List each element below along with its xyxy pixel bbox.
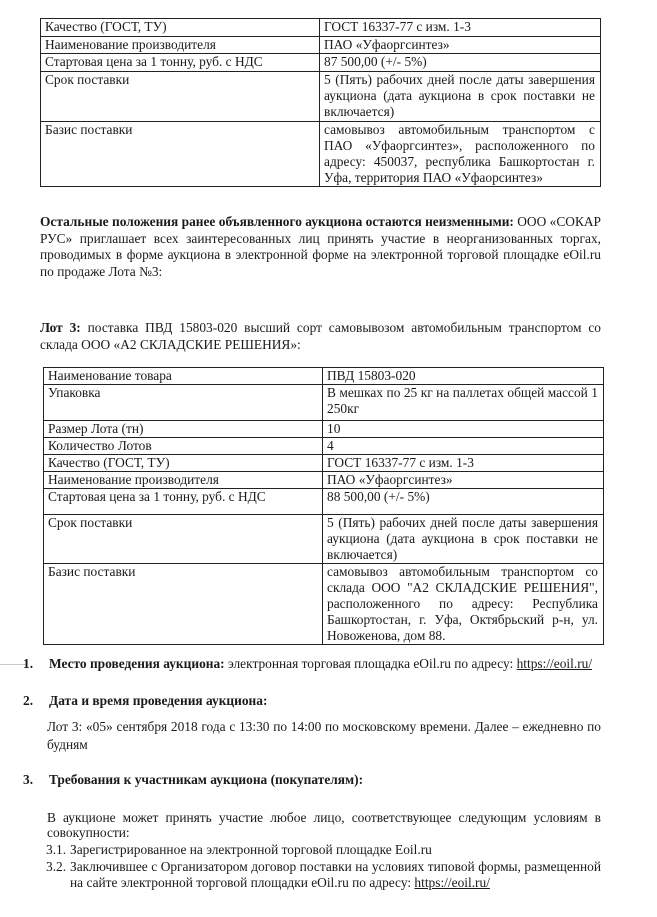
- section-3-heading: 3. Требования к участникам аукциона (пок…: [23, 772, 643, 790]
- table-row: Срок поставки 5 (Пять) рабочих дней посл…: [41, 72, 601, 122]
- row-value: 5 (Пять) рабочих дней после даты заверше…: [323, 515, 604, 564]
- table-row: Базис поставки самовывоз автомобильным т…: [41, 122, 601, 187]
- row-label: Базис поставки: [41, 122, 320, 187]
- row-value: самовывоз автомобильным транспортом со с…: [323, 564, 604, 645]
- intro-paragraph: Остальные положения ранее объявленного а…: [40, 214, 601, 280]
- row-value: ПАО «Уфаоргсинтез»: [320, 37, 601, 54]
- section-2-body: Лот 3: «05» сентября 2018 года с 13:30 п…: [47, 718, 601, 754]
- lot-text: поставка ПВД 15803-020 высший сорт самов…: [40, 320, 601, 352]
- table-row: Срок поставки 5 (Пять) рабочих дней посл…: [44, 515, 604, 564]
- row-label: Количество Лотов: [44, 438, 323, 455]
- row-value: 87 500,00 (+/- 5%): [320, 54, 601, 72]
- section-title: Дата и время проведения аукциона:: [49, 693, 267, 709]
- lot-spec-table-previous: Качество (ГОСТ, ТУ) ГОСТ 16337-77 с изм.…: [40, 18, 601, 187]
- table-row: Упаковка В мешках по 25 кг на паллетах о…: [44, 385, 604, 421]
- table-row: Стартовая цена за 1 тонну, руб. с НДС 87…: [41, 54, 601, 72]
- row-value: 88 500,00 (+/- 5%): [323, 489, 604, 515]
- table-row: Наименование товара ПВД 15803-020: [44, 368, 604, 385]
- row-label: Стартовая цена за 1 тонну, руб. с НДС: [44, 489, 323, 515]
- item-text: Заключившее с Организатором договор пост…: [70, 859, 601, 890]
- section-1: 1. Место проведения аукциона: электронна…: [23, 656, 643, 674]
- document-page: Качество (ГОСТ, ТУ) ГОСТ 16337-77 с изм.…: [0, 0, 657, 917]
- section-number: 2.: [23, 693, 45, 709]
- lot-paragraph: Лот 3: поставка ПВД 15803-020 высший сор…: [40, 320, 601, 353]
- row-value: ГОСТ 16337-77 с изм. 1-3: [323, 455, 604, 472]
- section-title: Место проведения аукциона:: [49, 656, 225, 671]
- table-row: Качество (ГОСТ, ТУ) ГОСТ 16337-77 с изм.…: [41, 19, 601, 37]
- table-row: Наименование производителя ПАО «Уфаоргси…: [44, 472, 604, 489]
- row-value: 10: [323, 421, 604, 438]
- row-label: Срок поставки: [44, 515, 323, 564]
- table-row: Базис поставки самовывоз автомобильным т…: [44, 564, 604, 645]
- intro-bold: Остальные положения ранее объявленного а…: [40, 214, 514, 229]
- lot-3-spec-table: Наименование товара ПВД 15803-020 Упаков…: [43, 367, 604, 645]
- table-row: Размер Лота (тн) 10: [44, 421, 604, 438]
- section-text: электронная торговая площадка eOil.ru по…: [225, 656, 517, 671]
- lot-bold: Лот 3:: [40, 320, 81, 335]
- row-label: Размер Лота (тн): [44, 421, 323, 438]
- section-3-body: В аукционе может принять участие любое л…: [47, 810, 601, 840]
- table-row: Наименование производителя ПАО «Уфаоргси…: [41, 37, 601, 54]
- table-row: Качество (ГОСТ, ТУ) ГОСТ 16337-77 с изм.…: [44, 455, 604, 472]
- row-value: ПАО «Уфаоргсинтез»: [323, 472, 604, 489]
- row-label: Срок поставки: [41, 72, 320, 122]
- row-value: ГОСТ 16337-77 с изм. 1-3: [320, 19, 601, 37]
- requirement-3-1: 3.1. Зарегистрированное на электронной т…: [46, 842, 601, 858]
- eoil-link[interactable]: https://eoil.ru/: [517, 656, 593, 671]
- section-number: 3.: [23, 772, 45, 788]
- item-text: Зарегистрированное на электронной торгов…: [70, 842, 601, 858]
- row-label: Стартовая цена за 1 тонну, руб. с НДС: [41, 54, 320, 72]
- eoil-link[interactable]: https://eoil.ru/: [414, 875, 490, 890]
- section-title: Требования к участникам аукциона (покупа…: [49, 772, 363, 788]
- row-label: Наименование товара: [44, 368, 323, 385]
- row-label: Базис поставки: [44, 564, 323, 645]
- row-label: Качество (ГОСТ, ТУ): [41, 19, 320, 37]
- section-number: 1.: [23, 656, 45, 672]
- section-2-heading: 2. Дата и время проведения аукциона:: [23, 693, 643, 711]
- row-label: Наименование производителя: [41, 37, 320, 54]
- item-number: 3.1.: [46, 842, 66, 858]
- row-value: самовывоз автомобильным транспортом с ПА…: [320, 122, 601, 187]
- row-value: В мешках по 25 кг на паллетах общей масс…: [323, 385, 604, 421]
- item-number: 3.2.: [46, 859, 66, 875]
- row-label: Упаковка: [44, 385, 323, 421]
- table-row: Стартовая цена за 1 тонну, руб. с НДС 88…: [44, 489, 604, 515]
- row-label: Наименование производителя: [44, 472, 323, 489]
- row-value: 5 (Пять) рабочих дней после даты заверше…: [320, 72, 601, 122]
- row-value: ПВД 15803-020: [323, 368, 604, 385]
- row-label: Качество (ГОСТ, ТУ): [44, 455, 323, 472]
- row-value: 4: [323, 438, 604, 455]
- table-row: Количество Лотов 4: [44, 438, 604, 455]
- requirement-3-2: 3.2. Заключившее с Организатором договор…: [46, 859, 601, 893]
